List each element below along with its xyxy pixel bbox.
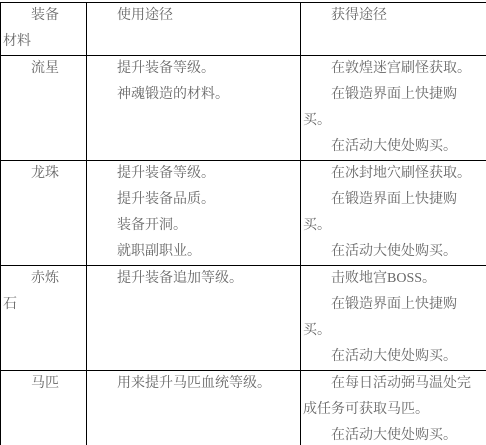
- obtain-cell: 击败地宫BOSS。 在锻造界面上快捷购买。 在活动大使处购买。: [301, 266, 486, 371]
- usage-cell: 提升装备追加等级。: [87, 266, 301, 371]
- material-cell: 龙珠: [1, 161, 87, 266]
- material-name: 龙珠: [3, 161, 64, 187]
- usage-line: 提升装备等级。: [89, 56, 296, 82]
- usage-cell: 提升装备等级。 提升装备品质。 装备开洞。 就职副职业。: [87, 161, 301, 266]
- usage-line: 提升装备等级。: [89, 161, 296, 187]
- obtain-cell: 在冰封地穴刷怪获取。 在锻造界面上快捷购买。 在活动大使处购买。: [301, 161, 486, 266]
- obtain-line: 击败地宫BOSS。: [303, 266, 475, 292]
- table-row: 赤炼石 提升装备追加等级。 击败地宫BOSS。 在锻造界面上快捷购买。 在活动大…: [1, 266, 486, 371]
- header-obtain: 获得途径: [301, 3, 486, 56]
- table-row: 流星 提升装备等级。 神魂锻造的材料。 在敦煌迷宫刷怪获取。 在锻造界面上快捷购…: [1, 56, 486, 161]
- obtain-line: 在锻造界面上快捷购买。: [303, 82, 475, 134]
- material-cell: 马匹: [1, 371, 87, 445]
- material-name: 流星: [3, 56, 64, 82]
- materials-table: 装备材料 使用途径 获得途径 流星 提升装备等级。 神魂锻造的材料。 在敦煌迷宫…: [0, 2, 486, 445]
- header-material: 装备材料: [1, 3, 87, 56]
- material-name: 赤炼石: [3, 266, 64, 318]
- obtain-line: 在敦煌迷宫刷怪获取。: [303, 56, 475, 82]
- usage-line: 用来提升马匹血统等级。: [89, 371, 296, 397]
- material-cell: 流星: [1, 56, 87, 161]
- obtain-line: 在活动大使处购买。: [303, 344, 475, 370]
- usage-line: 提升装备品质。: [89, 187, 296, 213]
- usage-line: 装备开洞。: [89, 213, 296, 239]
- obtain-cell: 在敦煌迷宫刷怪获取。 在锻造界面上快捷购买。 在活动大使处购买。: [301, 56, 486, 161]
- obtain-line: 在活动大使处购买。: [303, 239, 475, 265]
- header-obtain-label: 获得途径: [303, 3, 475, 29]
- table-row: 马匹 用来提升马匹血统等级。 在每日活动弼马温处完成任务可获取马匹。 在活动大使…: [1, 371, 486, 445]
- obtain-line: 在每日活动弼马温处完成任务可获取马匹。: [303, 371, 475, 423]
- usage-line: 就职副职业。: [89, 239, 296, 265]
- obtain-line: 在锻造界面上快捷购买。: [303, 292, 475, 344]
- material-cell: 赤炼石: [1, 266, 87, 371]
- header-material-label: 装备材料: [3, 3, 64, 55]
- obtain-cell: 在每日活动弼马温处完成任务可获取马匹。 在活动大使处购买。: [301, 371, 486, 445]
- obtain-line: 在冰封地穴刷怪获取。: [303, 161, 475, 187]
- obtain-line: 在活动大使处购买。: [303, 423, 475, 445]
- usage-line: 神魂锻造的材料。: [89, 82, 296, 108]
- table-header-row: 装备材料 使用途径 获得途径: [1, 3, 486, 56]
- header-usage: 使用途径: [87, 3, 301, 56]
- header-usage-label: 使用途径: [89, 3, 296, 29]
- obtain-line: 在活动大使处购买。: [303, 134, 475, 160]
- material-name: 马匹: [3, 371, 64, 397]
- obtain-line: 在锻造界面上快捷购买。: [303, 187, 475, 239]
- usage-cell: 提升装备等级。 神魂锻造的材料。: [87, 56, 301, 161]
- usage-line: 提升装备追加等级。: [89, 266, 296, 292]
- usage-cell: 用来提升马匹血统等级。: [87, 371, 301, 445]
- table-row: 龙珠 提升装备等级。 提升装备品质。 装备开洞。 就职副职业。 在冰封地穴刷怪获…: [1, 161, 486, 266]
